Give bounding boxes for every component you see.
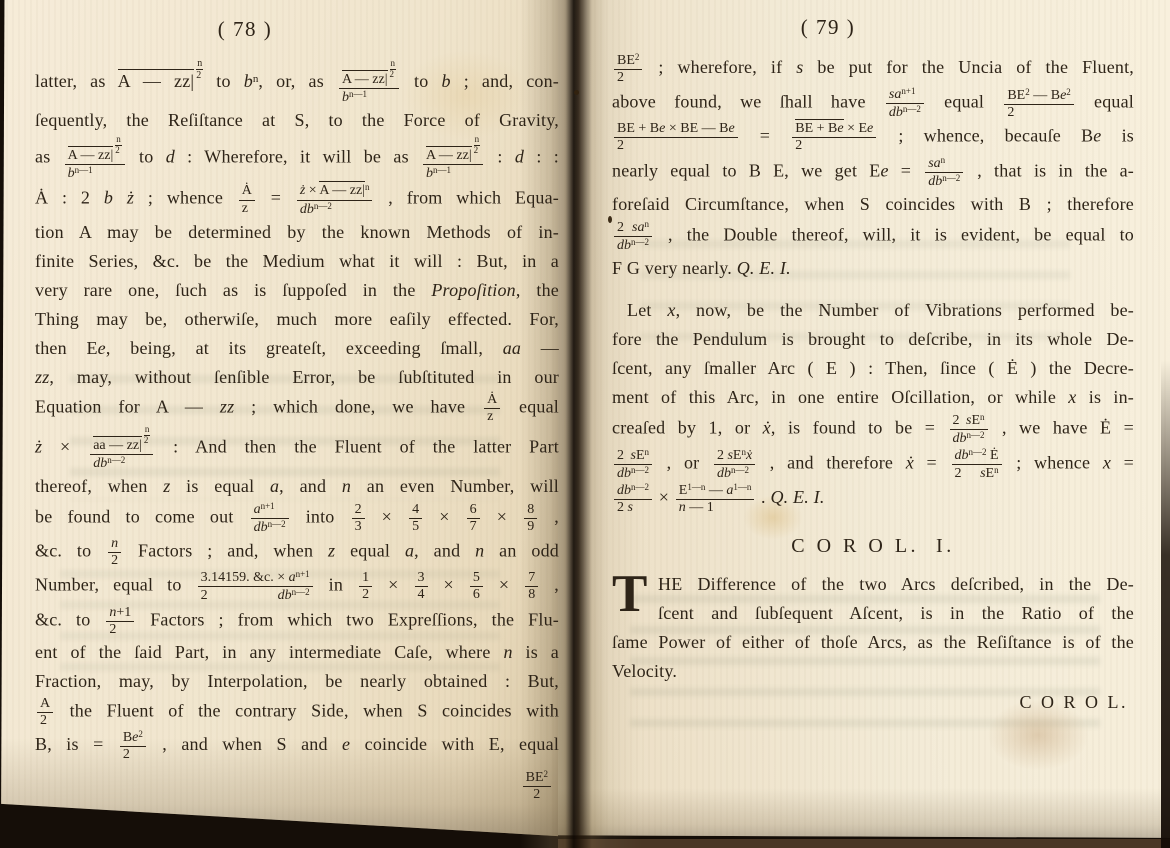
overline-expression: A — zz| [319, 181, 365, 198]
text-line: ent of the ſaid Part, in any intermediat… [35, 638, 559, 667]
text-line: 2 sandbn—2 , the Double thereof, will, i… [612, 219, 1134, 254]
text-line: as A — zz|n2bn—1 to d : Wherefore, it wi… [35, 135, 559, 182]
page-number-left: ( 78 ) [35, 17, 455, 42]
text-line: be found to come out an+1dbn—2 into 23 ×… [35, 501, 559, 536]
fraction: 2 sEnẋdbn—2 [712, 447, 757, 482]
text-line: zz, may, without ſenſible Error, be ſubſ… [35, 363, 559, 392]
text-line: &c. to n+12 Factors ; from which two Exp… [35, 605, 559, 638]
fraction: BE2 — Be22 [1002, 87, 1075, 121]
text-line: 2 sEndbn—2 , or 2 sEnẋdbn—2 , and theref… [612, 447, 1134, 482]
text-line: tion A may be determined by the known Me… [35, 218, 559, 247]
fraction: 34 [413, 570, 430, 603]
overline-expression: A — zz| [426, 146, 472, 163]
fraction: A2 [35, 696, 55, 729]
corollary-paragraph: T HE Difference of the two Arcs deſcribe… [612, 570, 1134, 686]
text-line: Thing may be, otherwiſe, much more eaſil… [35, 305, 559, 334]
fraction: A — zz|n2bn—1 [337, 59, 401, 106]
text-line: ſequently, the Reſiſtance at S, to the F… [35, 106, 559, 135]
text-line: ſcent and ſubſequent Aſcent, is in the R… [658, 599, 1134, 628]
text-line: foreſaid Circumſtance, when S coincides … [612, 190, 1134, 219]
overline-expression: A — zz| [118, 69, 195, 91]
fraction: aa — zz|n2dbn—2 [88, 425, 155, 472]
fraction: 12 [357, 570, 374, 603]
fraction: BE22 [521, 769, 553, 803]
fraction: Ȧz [482, 392, 502, 425]
text-line: Number, equal to 3.14159. &c. × an+12 db… [35, 569, 559, 604]
fraction: 45 [407, 502, 424, 535]
text-line: very rare one, ſuch as is ſuppoſed in th… [35, 276, 559, 305]
fraction: 2 sEndbn—2 [948, 412, 990, 447]
text-line: BE + Be × BE — Be2 = BE + Be × Ee2 ; whe… [612, 121, 1134, 154]
text-line: creaſed by 1, or ẋ, is found to be = 2 s… [612, 412, 1134, 447]
text-line: Equation for A — zz ; which done, we hav… [35, 392, 559, 425]
text-line: BE22 ; wherefore, if s be put for the Un… [612, 52, 1134, 86]
corollary-lines: HE Difference of the two Arcs deſcribed,… [612, 570, 1134, 686]
fraction: Be22 [118, 729, 148, 763]
fraction: 3.14159. &c. × an+12 dbn—2 [196, 569, 315, 604]
fraction: 89 [522, 502, 539, 535]
overline-expression: BE + Be [795, 119, 843, 136]
exponent-fraction: n2 [390, 59, 397, 80]
book-photo: ( 78 ) ( 79 ) latter, as A — zz|n2 to bn… [0, 0, 1170, 848]
text-line: fore the Pendulum is brought to deſcribe… [612, 325, 1134, 354]
overline-expression: A — zz| [68, 146, 114, 163]
text-line: HE Difference of the two Arcs deſcribed,… [658, 570, 1134, 599]
text-line: thereof, when z is equal a, and n an eve… [35, 472, 559, 501]
text-line: dbn—22 s × E1—n — a1—nn — 1 . Q. E. I. [612, 482, 1134, 516]
text-line: ment of this Arc, in one entire Oſcillat… [612, 383, 1134, 412]
left-page-text: latter, as A — zz|n2 to bn, or, as A — z… [35, 58, 559, 803]
fraction: sandbn—2 [923, 155, 965, 190]
ink-speck [574, 90, 579, 95]
text-line: finite Series, &c. be the Medium what it… [35, 247, 559, 276]
fraction: Ȧz [237, 183, 257, 216]
page-edge-shadow [1161, 360, 1170, 848]
fraction: san+1dbn—2 [884, 86, 926, 121]
fraction: 67 [465, 502, 482, 535]
corollary-heading: C O R O L. I. [612, 535, 1134, 558]
fraction: A — zz|n2bn—1 [421, 135, 485, 182]
fraction: an+1dbn—2 [249, 501, 291, 536]
text-line: then Ee, being, at its greateſt, exceedi… [35, 334, 559, 363]
text-line: above found, we ſhall have san+1dbn—2 eq… [612, 86, 1134, 121]
overline-expression: A — zz| [342, 70, 388, 87]
fraction: 23 [350, 502, 367, 535]
drop-cap: T [612, 568, 648, 621]
fraction: ż × A — zz|ndbn—2 [295, 182, 375, 217]
right-page-paragraph-2: Let x, now, be the Number of Vibrations … [612, 296, 1134, 517]
text-line: Let x, now, be the Number of Vibrations … [612, 296, 1134, 325]
fraction: 78 [523, 570, 540, 603]
right-page-text: BE22 ; wherefore, if s be put for the Un… [612, 52, 1134, 713]
text-line: B, is = Be22 , and when S and e coincide… [35, 729, 559, 763]
exponent-fraction: n2 [474, 135, 481, 156]
text-line: ż × aa — zz|n2dbn—2 : And then the Fluen… [35, 425, 559, 472]
text-line: F G very nearly. Q. E. I. [612, 254, 1134, 283]
overline-expression: aa — zz| [93, 436, 142, 453]
fraction: 2 sandbn—2 [612, 219, 654, 254]
text-line: Velocity. [612, 657, 1134, 686]
text-line: A2 the Fluent of the contrary Side, when… [35, 696, 559, 729]
text-line: Ȧ : 2 b ż ; whence Ȧz = ż × A — zz|ndbn—… [35, 182, 559, 217]
fraction: dbn—22 s [612, 482, 654, 516]
text-line: Fraction, may, by Interpolation, be near… [35, 667, 559, 696]
right-page-paragraph-1: BE22 ; wherefore, if s be put for the Un… [612, 52, 1134, 283]
fraction: 2 sEndbn—2 [612, 447, 654, 482]
text-line: nearly equal to B E, we get Ee = sandbn—… [612, 155, 1134, 190]
fraction: BE22 [612, 52, 644, 86]
fraction: BE + Be × BE — Be2 [612, 121, 740, 154]
text-line: ſame Power of either of thoſe Arcs, as t… [612, 628, 1134, 657]
fraction: n+12 [104, 605, 136, 638]
exponent-fraction: n2 [115, 135, 122, 156]
text-line: &c. to n2 Factors ; and, when z equal a,… [35, 536, 559, 569]
exponent-fraction: n2 [144, 425, 151, 446]
fraction: E1—n — a1—nn — 1 [674, 482, 757, 516]
fraction: BE + Be × Ee2 [790, 121, 878, 154]
left-page-lines: latter, as A — zz|n2 to bn, or, as A — z… [35, 58, 559, 763]
page-number-right: ( 79 ) [612, 15, 1044, 40]
text-line: ſcent, any ſmaller Arc ( E ) : Then, ſin… [612, 354, 1134, 383]
exponent-fraction: n2 [196, 58, 203, 81]
catchword-right: C O R O L. [612, 692, 1134, 713]
fraction: 56 [468, 570, 485, 603]
book-edge [558, 839, 1170, 848]
fraction: A — zz|n2bn—1 [63, 135, 127, 182]
text-line: latter, as A — zz|n2 to bn, or, as A — z… [35, 58, 559, 106]
fraction: n2 [106, 536, 123, 569]
catchword-left: BE22 [35, 769, 559, 803]
fraction: dbn—2 Ė2 sEn [950, 447, 1004, 482]
